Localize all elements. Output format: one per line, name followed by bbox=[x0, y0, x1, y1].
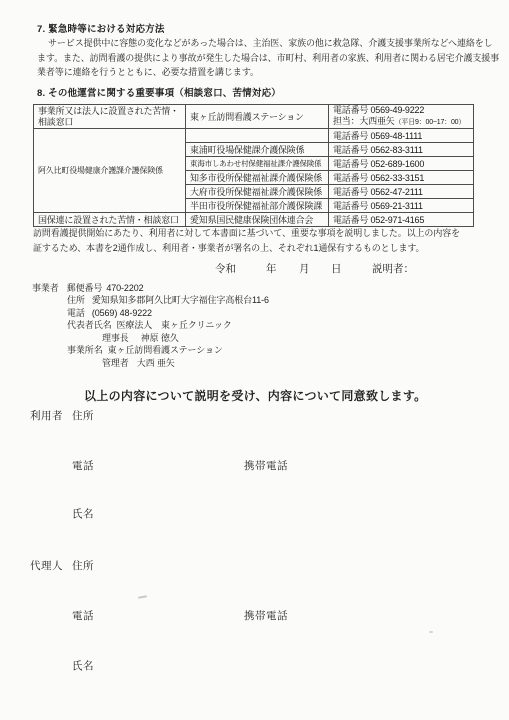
phone-label: 電話 bbox=[67, 308, 85, 318]
municipal-merged-label: 阿久比町役場健康介護課介護保険係 bbox=[34, 129, 186, 213]
municipal-phone-cell: 電話番号 052-689-1600 bbox=[329, 157, 474, 171]
postal-value: 470-2202 bbox=[106, 283, 143, 293]
agent-label: 代理人 bbox=[30, 558, 63, 573]
address-value: 愛知県知多郡阿久比町大字福住字高根台11-6 bbox=[92, 295, 269, 305]
user-label: 利用者 bbox=[30, 408, 63, 423]
municipal-name-cell: 知多市役所保健福祉課介護保険係 bbox=[186, 171, 329, 185]
section7-line-2: ます。また、訪問看護の提供により事故が発生した場合は、市町村、利用者の家族、利用… bbox=[37, 51, 499, 66]
municipal-name-cell: 大府市役所保健福祉課介護保険係 bbox=[186, 185, 329, 199]
provider-office-line: 事業所名東ヶ丘訪問看護ステーション bbox=[67, 343, 223, 356]
user-address-label: 住所 bbox=[72, 408, 94, 423]
provider-label: 事業者 bbox=[32, 283, 59, 293]
office-contact-name: 担当：大西亜矢 bbox=[333, 116, 395, 126]
office-label: 事業所名 bbox=[67, 345, 103, 355]
municipal-phone-cell: 電話番号 0562-47-2111 bbox=[329, 185, 474, 199]
year-label: 年 bbox=[266, 261, 277, 276]
section7-line-1: サービス提供中に容態の変化などがあった場合は、主治医、家族の他に救急隊、介護支援… bbox=[37, 36, 499, 51]
kokuhoren-name-cell: 愛知県国民健康保険団体連合会 bbox=[186, 213, 329, 227]
provider-representative-line: 代表者氏名医療法人 東ヶ丘クリニック bbox=[67, 318, 232, 331]
era-label: 令和 bbox=[215, 261, 236, 276]
office-phone: 電話番号 0569-49-9222 bbox=[333, 105, 469, 116]
closing-line-2: 証するため、本書を2通作成し、利用者・事業者が署名の上、それぞれ1通保有するもの… bbox=[33, 241, 460, 256]
municipal-name-cell bbox=[186, 129, 329, 143]
scan-artifact bbox=[138, 595, 147, 599]
agent-address-label: 住所 bbox=[72, 558, 94, 573]
agent-phone-label: 電話 bbox=[72, 608, 94, 623]
closing-line-1: 訪問看護提供開始にあたり、利用者に対して本書面に基づいて、重要な事項を説明しまし… bbox=[33, 226, 460, 241]
municipal-phone-cell: 電話番号 0562-33-3151 bbox=[329, 171, 474, 185]
municipal-name-cell: 東浦町役場保健課介護保険係 bbox=[186, 143, 329, 157]
manager-value: 大西 亜矢 bbox=[137, 358, 175, 368]
municipal-name-cell: 東海市しあわせ村保健福祉課介護保険係 bbox=[186, 157, 329, 171]
day-label: 日 bbox=[331, 261, 342, 276]
month-label: 月 bbox=[299, 261, 310, 276]
office-complaint-row: 事業所又は法人に設置された苦情・相談窓口 東ヶ丘訪問看護ステーション 電話番号 … bbox=[34, 105, 474, 129]
manager-label: 管理者 bbox=[102, 358, 129, 368]
office-name-cell: 東ヶ丘訪問看護ステーション bbox=[186, 105, 329, 129]
postal-label: 郵便番号 bbox=[67, 283, 103, 293]
section7-heading: 7. 緊急時等における対応方法 bbox=[37, 21, 165, 35]
user-mobile-label: 携帯電話 bbox=[244, 458, 288, 473]
provider-manager-line: 管理者大西 亜矢 bbox=[102, 356, 175, 369]
municipal-name-cell: 半田市役所保健福祉部介護保険課 bbox=[186, 199, 329, 213]
office-contact-hours: （平日9：00~17：00） bbox=[395, 119, 466, 126]
municipal-row: 阿久比町役場健康介護課介護保険係 電話番号 0569-48-1111 bbox=[34, 129, 474, 143]
office-value: 東ヶ丘訪問看護ステーション bbox=[108, 345, 223, 355]
user-name-label: 氏名 bbox=[72, 506, 94, 521]
director-label: 理事長 bbox=[102, 333, 129, 343]
section8-heading: 8. その他運営に関する重要事項（相談窓口、苦情対応） bbox=[37, 85, 281, 99]
scan-artifact bbox=[429, 631, 433, 633]
representative-label: 代表者氏名 bbox=[67, 320, 112, 330]
municipal-phone-cell: 電話番号 0562-83-3111 bbox=[329, 143, 474, 157]
kokuhoren-label: 国保連に設置された苦情・相談窓口 bbox=[34, 213, 186, 227]
municipal-phone-cell: 電話番号 0569-21-3111 bbox=[329, 199, 474, 213]
address-label: 住所 bbox=[67, 295, 85, 305]
agent-name-label: 氏名 bbox=[72, 658, 94, 673]
user-phone-label: 電話 bbox=[72, 458, 94, 473]
section7-paragraph: サービス提供中に容態の変化などがあった場合は、主治医、家族の他に救急隊、介護支援… bbox=[37, 36, 499, 80]
office-complaint-label: 事業所又は法人に設置された苦情・相談窓口 bbox=[34, 105, 186, 129]
kokuhoren-row: 国保連に設置された苦情・相談窓口 愛知県国民健康保険団体連合会 電話番号 052… bbox=[34, 213, 474, 227]
scanned-document-page: 7. 緊急時等における対応方法 サービス提供中に容態の変化などがあった場合は、主… bbox=[0, 0, 509, 720]
office-contact-line: 担当：大西亜矢（平日9：00~17：00） bbox=[333, 116, 469, 128]
consent-statement: 以上の内容について説明を受け、内容について同意致します。 bbox=[84, 387, 426, 404]
representative-value: 医療法人 東ヶ丘クリニック bbox=[117, 320, 232, 330]
municipal-phone-cell: 電話番号 0569-48-1111 bbox=[329, 129, 474, 143]
phone-value: (0569) 48-9222 bbox=[92, 308, 152, 318]
explainer-label: 説明者： bbox=[372, 261, 414, 276]
office-phone-cell: 電話番号 0569-49-9222 担当：大西亜矢（平日9：00~17：00） bbox=[329, 105, 474, 129]
complaints-contact-table: 事業所又は法人に設置された苦情・相談窓口 東ヶ丘訪問看護ステーション 電話番号 … bbox=[33, 104, 474, 227]
closing-paragraph: 訪問看護提供開始にあたり、利用者に対して本書面に基づいて、重要な事項を説明しまし… bbox=[33, 226, 460, 256]
section7-line-3: 業者等に連絡を行うとともに、必要な措置を講じます。 bbox=[37, 65, 499, 80]
director-value: 神原 徳久 bbox=[141, 333, 179, 343]
kokuhoren-phone-cell: 電話番号 052-971-4165 bbox=[329, 213, 474, 227]
agent-mobile-label: 携帯電話 bbox=[244, 608, 288, 623]
provider-address-line: 住所愛知県知多郡阿久比町大字福住字高根台11-6 bbox=[67, 293, 269, 306]
